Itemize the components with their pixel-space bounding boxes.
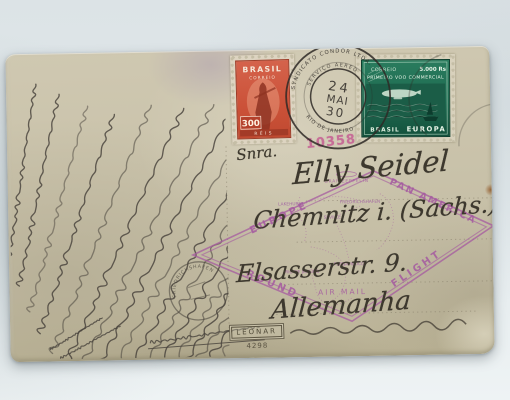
- stamp-country-label: BRASIL: [242, 64, 282, 74]
- printed-divider-line: [226, 146, 229, 334]
- stamp-header-left: CORREIO: [371, 67, 397, 73]
- address-salutation: Snra.: [235, 142, 277, 164]
- condor-date-year: 30: [325, 104, 346, 121]
- postcard: BRASIL CORREIO 300 RÉIS: [5, 46, 494, 362]
- condor-date-month: MAI: [326, 93, 350, 108]
- stamp-zeppelin-design: CORREIO 5.000 Rs PRIMEIRO VOO COMMERCIAL: [361, 59, 450, 137]
- svg-text:SERVIÇO AEREO: SERVIÇO AEREO: [306, 58, 359, 94]
- stamp-footer-right: EUROPA: [407, 125, 447, 133]
- condor-inner-arc-text: SERVIÇO AEREO: [306, 58, 359, 94]
- stamp-zeppelin-art: CORREIO 5.000 Rs PRIMEIRO VOO COMMERCIAL: [362, 60, 449, 136]
- maker-mark: LEONAR: [231, 325, 282, 339]
- stamp-footer-left: BRASIL: [370, 127, 399, 133]
- maker-mark-number: 4298: [246, 342, 268, 350]
- stamp-300-reis-art: BRASIL CORREIO 300 RÉIS: [236, 60, 290, 138]
- stamp-300-reis: BRASIL CORREIO 300 RÉIS: [230, 54, 296, 145]
- postcard-photo: BRASIL CORREIO 300 RÉIS: [0, 0, 510, 400]
- stamp-300-reis-design: BRASIL CORREIO 300 RÉIS: [235, 59, 291, 139]
- address-street: Elsasserstr. 9.: [235, 248, 408, 288]
- stamp-zeppelin-5000: CORREIO 5.000 Rs PRIMEIRO VOO COMMERCIAL: [356, 54, 455, 143]
- friedrichshafen-ring-text: FRIEDRICHSHAFEN: [165, 259, 219, 299]
- control-number-handstamp: 10358: [305, 132, 357, 152]
- svg-text:FRIEDRICHSHAFEN: FRIEDRICHSHAFEN: [165, 259, 219, 299]
- stamp-service-label: CORREIO: [249, 75, 276, 82]
- stamp-caption: PRIMEIRO VOO COMMERCIAL: [367, 75, 444, 81]
- address-city: Chemnitz i. (Sachs.): [253, 190, 495, 235]
- stamp-value: 300: [242, 119, 260, 130]
- address-country: Allemanha: [270, 286, 412, 326]
- postmark-friedrichshafen: FRIEDRICHSHAFEN: [163, 255, 235, 327]
- condor-date-day: 24: [327, 79, 352, 97]
- stamp-header-value: 5.000 Rs: [419, 67, 446, 73]
